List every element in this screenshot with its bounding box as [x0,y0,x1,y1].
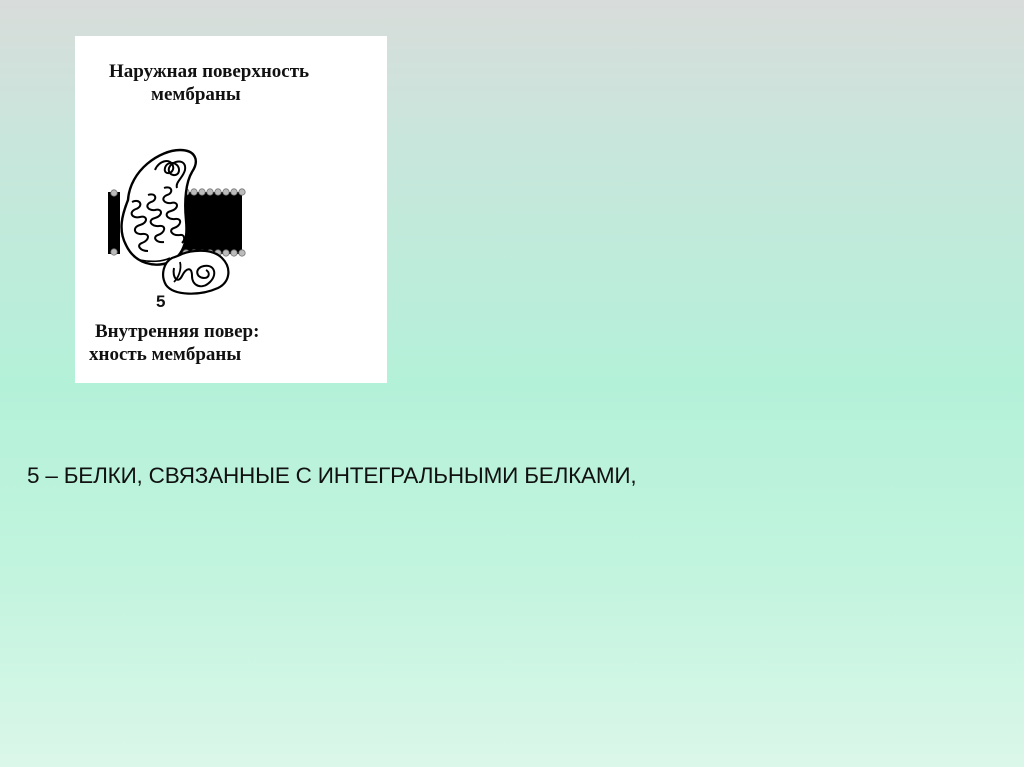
outer-surface-label-line2: мембраны [151,84,241,105]
inner-surface-label-line1: Внутренняя повер: [95,321,259,342]
slide-caption: 5 – БЕЛКИ, СВЯЗАННЫЕ С ИНТЕГРАЛЬНЫМИ БЕЛ… [27,463,636,489]
membrane-diagram [100,140,250,300]
membrane-protein-figure: Наружная поверхность мембраны 5 Внутренн… [75,36,387,383]
outer-surface-label-line1: Наружная поверхность [109,61,309,82]
inner-surface-label-line2: хность мембраны [89,344,241,365]
protein-number-marker: 5 [156,292,165,312]
